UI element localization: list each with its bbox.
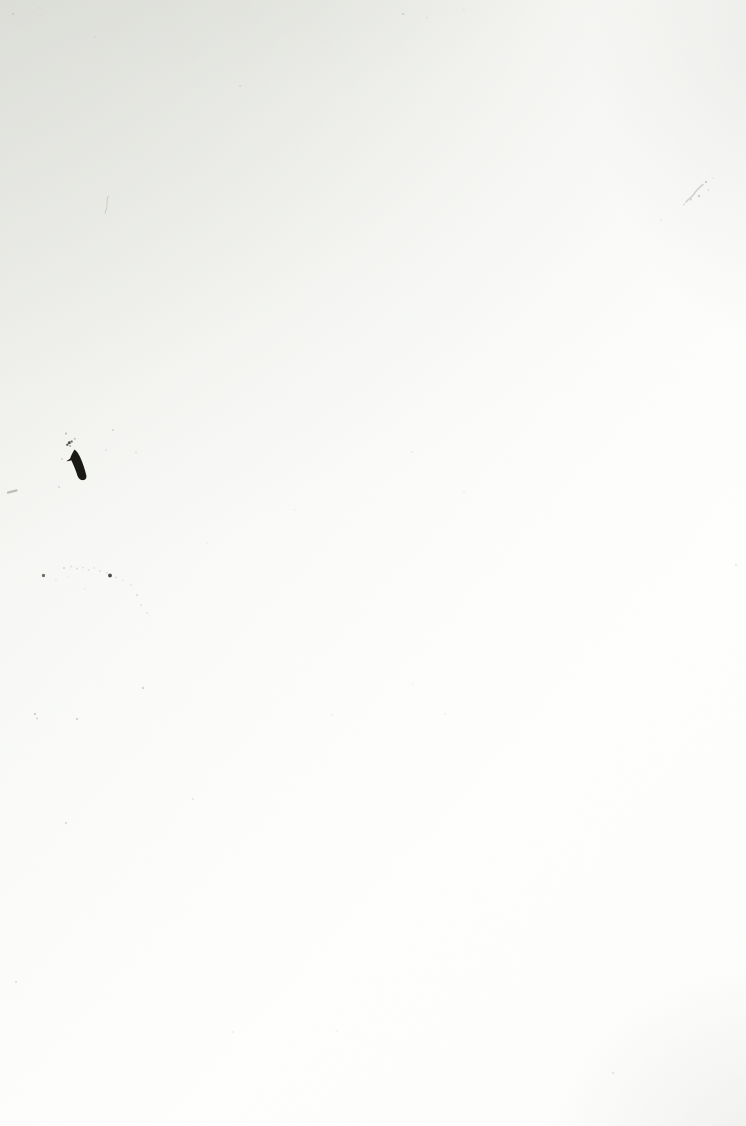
paper-speck [331, 714, 333, 716]
paper-speck [135, 452, 137, 454]
paper-speck [232, 1031, 234, 1033]
paper-speck [15, 981, 17, 983]
speck-cluster-dot [84, 588, 86, 590]
paper-speck [142, 687, 144, 689]
speck-cluster-dot [140, 604, 142, 606]
paper-speck [34, 713, 36, 715]
paper-speck [192, 798, 194, 800]
speck-cluster-dot [42, 574, 45, 577]
paper-speck [65, 822, 67, 824]
speck-cluster-dot [93, 567, 95, 569]
ink-speck [74, 438, 76, 440]
smudge-speck [712, 177, 714, 179]
speck-cluster-dot [76, 568, 78, 570]
paper-speck [58, 486, 60, 488]
speck-cluster-dot [70, 566, 72, 568]
smudge-speck [698, 195, 701, 198]
ink-speck [69, 445, 71, 447]
smudge-speck [690, 198, 692, 200]
speck-cluster-dot [136, 594, 138, 596]
paper-speck [39, 7, 41, 9]
speck-cluster-dot [122, 580, 124, 582]
speck-cluster-dot [55, 579, 57, 581]
smudge-speck [660, 219, 662, 221]
speck-cluster-dot [88, 569, 90, 571]
paper-speck [239, 85, 241, 87]
speck-cluster-dot [82, 567, 84, 569]
paper-speck [206, 542, 208, 544]
ink-speck [68, 441, 71, 444]
ink-speck [71, 440, 73, 442]
speck-cluster-dot [67, 576, 69, 578]
smudge-speck [683, 204, 685, 206]
paper-speck [412, 682, 414, 684]
speck-cluster-dot [130, 584, 132, 586]
paper-speck [61, 458, 63, 460]
speck-cluster-dot [108, 574, 112, 578]
paper-speck [112, 429, 114, 431]
speck-cluster-dot [106, 572, 108, 574]
paper-speck [336, 1030, 338, 1032]
speck-cluster-dot [63, 567, 65, 569]
speck-cluster-dot [146, 612, 148, 614]
scanned-blank-page [0, 0, 746, 1126]
smudge-speck [705, 181, 707, 183]
paper-speck [426, 17, 428, 19]
paper-speck [294, 509, 296, 511]
paper-grain-texture [0, 0, 746, 1126]
speck-cluster-dot [99, 570, 101, 572]
paper-speck [36, 718, 38, 720]
smudge-speck [708, 189, 710, 191]
page-marks-layer [0, 0, 746, 1126]
paper-speck [612, 1072, 614, 1074]
ink-speck [66, 444, 68, 446]
paper-speck [444, 713, 446, 715]
paper-speck [76, 718, 78, 720]
paper-speck [94, 36, 96, 38]
paper-speck [463, 9, 465, 11]
paper-speck [402, 13, 404, 15]
paper-speck [12, 13, 14, 15]
paper-speck [411, 451, 413, 453]
paper-speck [463, 491, 465, 493]
paper-speck [735, 564, 737, 566]
ink-speck [65, 433, 67, 435]
paper-speck [105, 449, 107, 451]
speck-cluster-dot [115, 577, 117, 579]
